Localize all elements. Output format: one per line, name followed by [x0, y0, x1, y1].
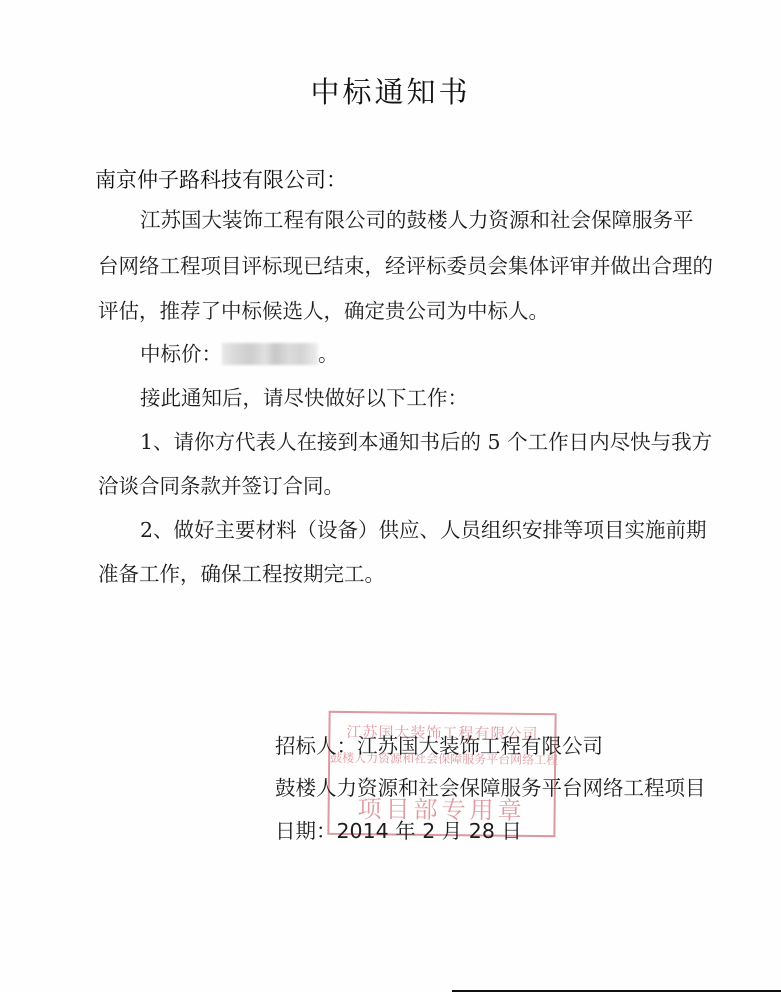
- item-2-line-1: 2、做好主要材料（设备）供应、人员组织安排等项目实施前期: [140, 516, 707, 544]
- paragraph-1-line-1: 江苏国大装饰工程有限公司的鼓楼人力资源和社会保障服务平: [140, 206, 694, 234]
- bid-price-suffix: 。: [318, 342, 339, 366]
- signature-date: 日期：2014 年 2 月 28 日: [275, 814, 522, 844]
- bid-price-line: 中标价：。: [140, 340, 339, 368]
- signature-project: 鼓楼人力资源和社会保障服务平台网络工程项目: [275, 771, 706, 801]
- document-page: 中标通知书 南京仲子路科技有限公司： 江苏国大装饰工程有限公司的鼓楼人力资源和社…: [0, 0, 781, 992]
- bid-price-label: 中标价：: [140, 342, 222, 366]
- paragraph-1-line-3: 评估，推荐了中标候选人，确定贵公司为中标人。: [98, 297, 549, 325]
- instruction-intro: 接此通知后，请尽快做好以下工作：: [140, 384, 468, 412]
- item-2-line-2: 准备工作，确保工程按期完工。: [98, 560, 385, 588]
- item-1-line-2: 洽谈合同条款并签订合同。: [98, 472, 344, 500]
- paragraph-1-line-2: 台网络工程项目评标现已结束，经评标委员会集体评审并做出合理的: [98, 252, 713, 280]
- signature-tenderer: 招标人：江苏国大装饰工程有限公司: [275, 729, 603, 759]
- document-title: 中标通知书: [0, 70, 781, 111]
- addressee: 南京仲子路科技有限公司：: [95, 166, 347, 194]
- bid-price-redacted-value: [222, 343, 318, 365]
- item-1-line-1: 1、请你方代表人在接到本通知书后的 5 个工作日内尽快与我方: [140, 428, 712, 456]
